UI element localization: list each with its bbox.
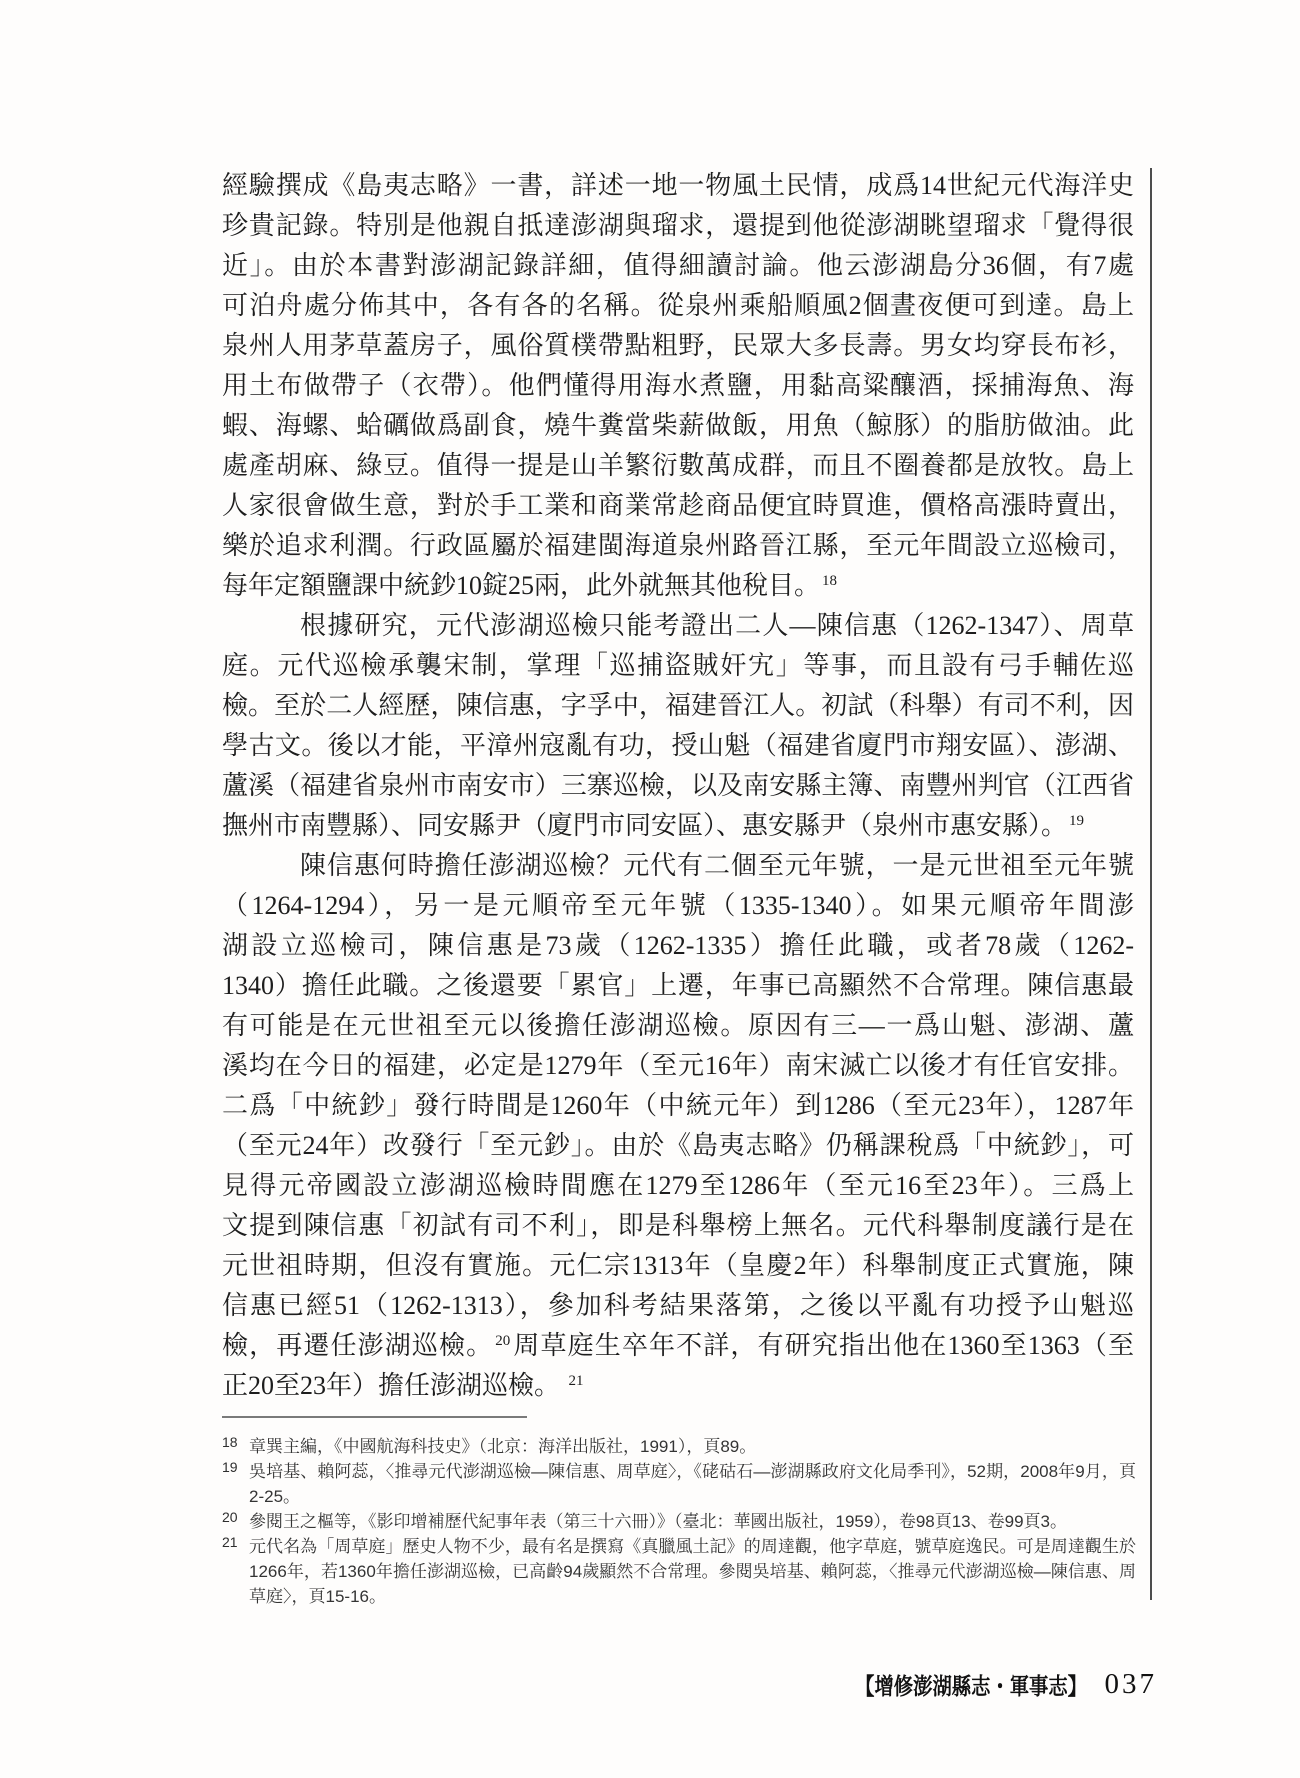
- footnote-text: 元代名為「周草庭」歷史人物不少，最有名是撰寫《真臘風土記》的周達觀，他字草庭，號…: [249, 1534, 1136, 1609]
- body-text-run: 檢。至於二人經歷，陳信惠，字孚中，福建晉江人。初試（科舉）有司不利，因: [222, 691, 1134, 720]
- body-text-run: 學古文。後以才能，平漳州寇亂有功，授山魁（福建省廈門市翔安區）、澎湖、: [222, 731, 1134, 760]
- scanned-book-page: 經驗撰成《島夷志略》一書，詳述一地一物風土民情，成爲14世紀元代海洋史珍貴記錄。…: [0, 0, 1300, 1778]
- body-text-run: 元世祖時期，但沒有實施。元仁宗1313年（皇慶2年）科舉制度正式實施，陳: [222, 1251, 1134, 1280]
- body-text-run: 經驗撰成《島夷志略》一書，詳述一地一物風土民情，成爲14世紀元代海洋史: [222, 171, 1134, 200]
- body-text-run: 撫州市南豐縣）、同安縣尹（廈門市同安區）、惠安縣尹（泉州市惠安縣）。: [222, 811, 1067, 840]
- body-line: 蘆溪（福建省泉州市南安市）三寨巡檢，以及南安縣主簿、南豐州判官（江西省: [222, 766, 1134, 806]
- body-line: 檢，再遷任澎湖巡檢。20周草庭生卒年不詳，有研究指出他在1360至1363（至: [222, 1326, 1134, 1366]
- body-line: 1340）擔任此職。之後還要「累官」上遷，年事已高顯然不合常理。陳信惠最: [222, 966, 1134, 1006]
- body-line: 泉州人用茅草蓋房子，風俗質樸帶點粗野，民眾大多長壽。男女均穿長布衫，: [222, 326, 1134, 366]
- body-text-run: 泉州人用茅草蓋房子，風俗質樸帶點粗野，民眾大多長壽。男女均穿長布衫，: [222, 331, 1134, 360]
- body-line: 溪均在今日的福建，必定是1279年（至元16年）南宋滅亡以後才有任官安排。: [222, 1046, 1134, 1086]
- body-line: 正20至23年）擔任澎湖巡檢。 21: [222, 1366, 1134, 1406]
- body-text-run: 二爲「中統鈔」發行時間是1260年（中統元年）到1286（至元23年），1287…: [222, 1091, 1134, 1120]
- body-text-run: 近」。由於本書對澎湖記錄詳細，值得細讀討論。他云澎湖島分36個，有7處: [222, 251, 1134, 280]
- body-text-run: 1340）擔任此職。之後還要「累官」上遷，年事已高顯然不合常理。陳信惠最: [222, 971, 1134, 1000]
- body-line: 經驗撰成《島夷志略》一書，詳述一地一物風土民情，成爲14世紀元代海洋史: [222, 166, 1134, 206]
- body-text-run: 陳信惠何時擔任澎湖巡檢？元代有二個至元年號，一是元世祖至元年號: [300, 851, 1134, 880]
- page-number: 037: [1105, 1668, 1158, 1701]
- body-text-run: （1264-1294），另一是元順帝至元年號（1335-1340）。如果元順帝年…: [222, 891, 1134, 920]
- body-text-run: 庭。元代巡檢承襲宋制，掌理「巡捕盜賊奸宄」等事，而且設有弓手輔佐巡: [222, 651, 1134, 680]
- footnote-ref: 20: [495, 1333, 510, 1349]
- body-line: 陳信惠何時擔任澎湖巡檢？元代有二個至元年號，一是元世祖至元年號: [222, 846, 1134, 886]
- footnote-divider: [222, 1416, 527, 1418]
- body-text-run: 周草庭生卒年不詳，有研究指出他在1360至1363（至: [512, 1331, 1134, 1360]
- body-line: 蝦、海螺、蛤礪做爲副食，燒牛糞當柴薪做飯，用魚（鯨豚）的脂肪做油。此: [222, 406, 1134, 446]
- body-text-run: 珍貴記錄。特別是他親自抵達澎湖與瑠求，還提到他從澎湖眺望瑠求「覺得很: [222, 211, 1134, 240]
- body-text-run: 溪均在今日的福建，必定是1279年（至元16年）南宋滅亡以後才有任官安排。: [222, 1051, 1134, 1080]
- body-line: 處產胡麻、綠豆。值得一提是山羊繁衍數萬成群，而且不圈養都是放牧。島上: [222, 446, 1134, 486]
- body-text-run: 用土布做帶子（衣帶）。他們懂得用海水煮鹽，用黏高粱釀酒，採捕海魚、海: [222, 371, 1134, 400]
- footnote: 20參閱王之樞等，《影印增補歷代紀事年表（第三十六冊）》（臺北：華國出版社，19…: [222, 1509, 1136, 1534]
- body-text-run: 樂於追求利潤。行政區屬於福建閩海道泉州路晉江縣，至元年間設立巡檢司，: [222, 531, 1134, 560]
- body-text-run: 見得元帝國設立澎湖巡檢時間應在1279至1286年（至元16至23年）。三爲上: [222, 1171, 1134, 1200]
- body-text-run: 人家很會做生意，對於手工業和商業常趁商品便宜時買進，價格高漲時賣出，: [222, 491, 1134, 520]
- body-line: 人家很會做生意，對於手工業和商業常趁商品便宜時買進，價格高漲時賣出，: [222, 486, 1134, 526]
- footnote-number: 19: [222, 1455, 249, 1480]
- footnote-text: 章巽主編，《中國航海科技史》（北京：海洋出版社，1991），頁89。: [249, 1434, 1136, 1459]
- body-line: 元世祖時期，但沒有實施。元仁宗1313年（皇慶2年）科舉制度正式實施，陳: [222, 1246, 1134, 1286]
- body-line: 檢。至於二人經歷，陳信惠，字孚中，福建晉江人。初試（科舉）有司不利，因: [222, 686, 1134, 726]
- footnote-ref: 18: [822, 573, 837, 589]
- footnotes: 18章巽主編，《中國航海科技史》（北京：海洋出版社，1991），頁89。19吳培…: [222, 1434, 1136, 1609]
- body-text-run: 湖設立巡檢司，陳信惠是73歲（1262-1335）擔任此職，或者78歲（1262…: [222, 931, 1134, 960]
- body-text-run: 可泊舟處分佈其中，各有各的名稱。從泉州乘船順風2個晝夜便可到達。島上: [222, 291, 1134, 320]
- margin-rule: [1150, 168, 1152, 1600]
- body-line: 樂於追求利潤。行政區屬於福建閩海道泉州路晉江縣，至元年間設立巡檢司，: [222, 526, 1134, 566]
- body-line: 根據研究，元代澎湖巡檢只能考證出二人—陳信惠（1262-1347）、周草: [222, 606, 1134, 646]
- body-line: 撫州市南豐縣）、同安縣尹（廈門市同安區）、惠安縣尹（泉州市惠安縣）。19: [222, 806, 1134, 846]
- body-line: 二爲「中統鈔」發行時間是1260年（中統元年）到1286（至元23年），1287…: [222, 1086, 1134, 1126]
- body-line: 可泊舟處分佈其中，各有各的名稱。從泉州乘船順風2個晝夜便可到達。島上: [222, 286, 1134, 326]
- body-line: 庭。元代巡檢承襲宋制，掌理「巡捕盜賊奸宄」等事，而且設有弓手輔佐巡: [222, 646, 1134, 686]
- body-line: 湖設立巡檢司，陳信惠是73歲（1262-1335）擔任此職，或者78歲（1262…: [222, 926, 1134, 966]
- body-text-run: 蘆溪（福建省泉州市南安市）三寨巡檢，以及南安縣主簿、南豐州判官（江西省: [222, 771, 1134, 800]
- body-line: （至元24年）改發行「至元鈔」。由於《島夷志略》仍稱課稅爲「中統鈔」，可: [222, 1126, 1134, 1166]
- page-footer: 【增修澎湖縣志・軍事志】 037: [811, 1666, 1158, 1702]
- body-text-run: （至元24年）改發行「至元鈔」。由於《島夷志略》仍稱課稅爲「中統鈔」，可: [222, 1131, 1134, 1160]
- body-line: 珍貴記錄。特別是他親自抵達澎湖與瑠求，還提到他從澎湖眺望瑠求「覺得很: [222, 206, 1134, 246]
- footnote-text: 吳培基、賴阿蕊，〈推尋元代澎湖巡檢—陳信惠、周草庭〉，《硓𥑮石—澎湖縣政府文化局…: [249, 1459, 1136, 1509]
- body-line: 用土布做帶子（衣帶）。他們懂得用海水煮鹽，用黏高粱釀酒，採捕海魚、海: [222, 366, 1134, 406]
- footnote: 21元代名為「周草庭」歷史人物不少，最有名是撰寫《真臘風土記》的周達觀，他字草庭…: [222, 1534, 1136, 1609]
- body-text-run: 有可能是在元世祖至元以後擔任澎湖巡檢。原因有三—一爲山魁、澎湖、蘆: [222, 1011, 1134, 1040]
- body-text: 經驗撰成《島夷志略》一書，詳述一地一物風土民情，成爲14世紀元代海洋史珍貴記錄。…: [222, 166, 1134, 1406]
- footnote-ref: 21: [569, 1373, 584, 1389]
- body-line: 文提到陳信惠「初試有司不利」，即是科舉榜上無名。元代科舉制度議行是在: [222, 1206, 1134, 1246]
- body-line: 每年定額鹽課中統鈔10錠25兩，此外就無其他稅目。18: [222, 566, 1134, 606]
- body-line: 信惠已經51（1262-1313），參加科考結果落第，之後以平亂有功授予山魁巡: [222, 1286, 1134, 1326]
- footnote-number: 18: [222, 1430, 249, 1455]
- body-text-run: 處產胡麻、綠豆。值得一提是山羊繁衍數萬成群，而且不圈養都是放牧。島上: [222, 451, 1134, 480]
- body-text-run: 正20至23年）擔任澎湖巡檢。: [222, 1371, 567, 1400]
- body-text-run: 文提到陳信惠「初試有司不利」，即是科舉榜上無名。元代科舉制度議行是在: [222, 1211, 1134, 1240]
- footnote: 19吳培基、賴阿蕊，〈推尋元代澎湖巡檢—陳信惠、周草庭〉，《硓𥑮石—澎湖縣政府文…: [222, 1459, 1136, 1509]
- body-line: 見得元帝國設立澎湖巡檢時間應在1279至1286年（至元16至23年）。三爲上: [222, 1166, 1134, 1206]
- body-text-run: 每年定額鹽課中統鈔10錠25兩，此外就無其他稅目。: [222, 571, 820, 600]
- footnote-text: 參閱王之樞等，《影印增補歷代紀事年表（第三十六冊）》（臺北：華國出版社，1959…: [249, 1509, 1136, 1534]
- footnote-number: 20: [222, 1505, 249, 1530]
- footnote: 18章巽主編，《中國航海科技史》（北京：海洋出版社，1991），頁89。: [222, 1434, 1136, 1459]
- body-text-run: 蝦、海螺、蛤礪做爲副食，燒牛糞當柴薪做飯，用魚（鯨豚）的脂肪做油。此: [222, 411, 1134, 440]
- body-line: 近」。由於本書對澎湖記錄詳細，值得細讀討論。他云澎湖島分36個，有7處: [222, 246, 1134, 286]
- body-text-run: 信惠已經51（1262-1313），參加科考結果落第，之後以平亂有功授予山魁巡: [222, 1291, 1134, 1320]
- body-text-run: 檢，再遷任澎湖巡檢。: [222, 1331, 493, 1360]
- body-line: 有可能是在元世祖至元以後擔任澎湖巡檢。原因有三—一爲山魁、澎湖、蘆: [222, 1006, 1134, 1046]
- body-text-run: 根據研究，元代澎湖巡檢只能考證出二人—陳信惠（1262-1347）、周草: [300, 611, 1134, 640]
- book-volume-title: 【增修澎湖縣志・軍事志】: [855, 1668, 1087, 1701]
- footnote-number: 21: [222, 1530, 249, 1555]
- footnote-ref: 19: [1069, 813, 1084, 829]
- body-line: 學古文。後以才能，平漳州寇亂有功，授山魁（福建省廈門市翔安區）、澎湖、: [222, 726, 1134, 766]
- body-line: （1264-1294），另一是元順帝至元年號（1335-1340）。如果元順帝年…: [222, 886, 1134, 926]
